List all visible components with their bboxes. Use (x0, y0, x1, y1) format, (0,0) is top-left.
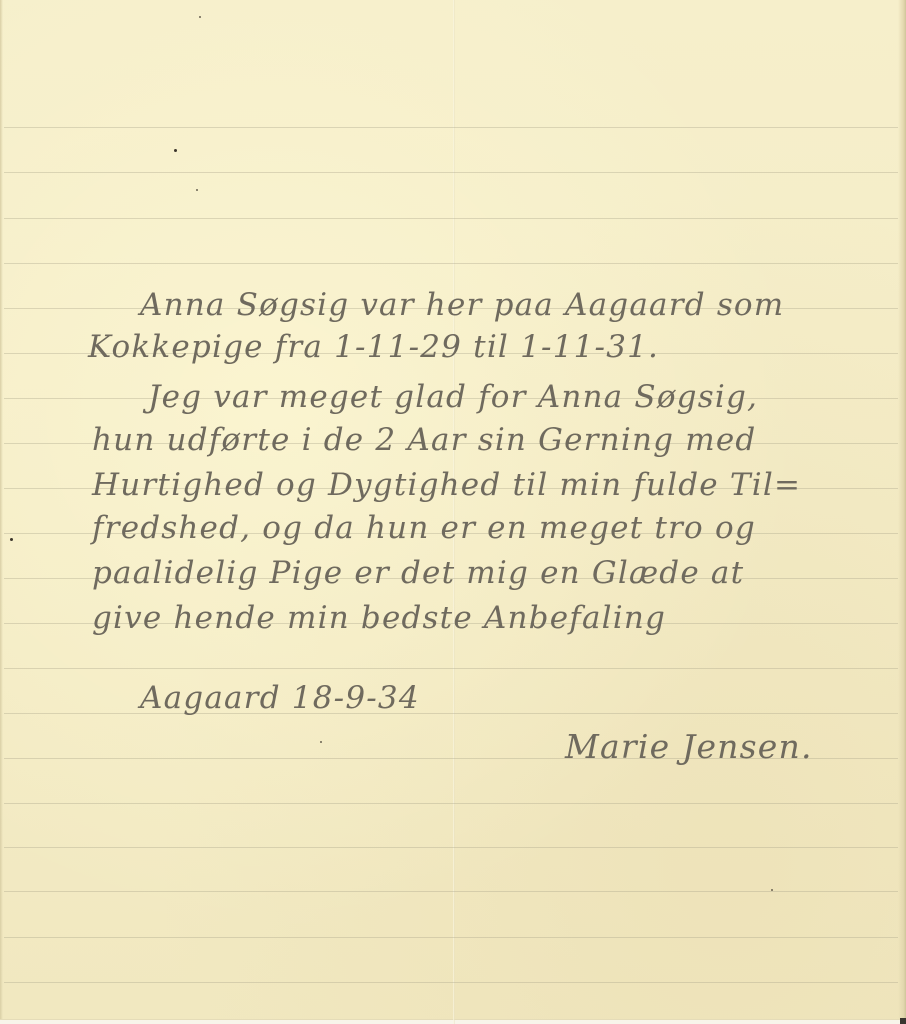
ruled-line (4, 937, 898, 938)
paper-right-edge (898, 0, 906, 1024)
paper-speck (199, 16, 201, 18)
signature: Marie Jensen. (565, 730, 813, 763)
ruled-line (4, 803, 898, 804)
ruled-line (4, 218, 898, 219)
letter-line-3: Jeg var meget glad for Anna Søgsig, (148, 382, 758, 413)
letter-line-4: hun udførte i de 2 Aar sin Gerning med (92, 425, 756, 456)
letter-line-6: fredshed, og da hun er en meget tro og (92, 513, 756, 544)
paper-speck (196, 189, 198, 191)
letter-line-2: Kokkepige fra 1-11-29 til 1-11-31. (88, 332, 659, 363)
paper-speck (320, 741, 322, 743)
letter-line-7: paalidelig Pige er det mig en Glæde at (92, 558, 744, 589)
paper-speck (10, 538, 13, 541)
ruled-line (4, 668, 898, 669)
ruled-line (4, 847, 898, 848)
ruled-line (4, 982, 898, 983)
paper-speck (771, 889, 773, 891)
paper-speck (174, 149, 177, 152)
letter-line-1: Anna Søgsig var her paa Aagaard som (140, 290, 784, 321)
ruled-line (4, 263, 898, 264)
ruled-line (4, 713, 898, 714)
scan-corner-mark (900, 1018, 906, 1024)
place-date: Aagaard 18-9-34 (140, 683, 420, 714)
ruled-line (4, 127, 898, 128)
ruled-line (4, 891, 898, 892)
letter-line-5: Hurtighed og Dygtighed til min fulde Til… (92, 470, 801, 501)
paper-left-edge (0, 0, 3, 1024)
letter-page: Anna Søgsig var her paa Aagaard som Kokk… (0, 0, 906, 1024)
ruled-line (4, 172, 898, 173)
letter-line-8: give hende min bedste Anbefaling (92, 603, 666, 634)
